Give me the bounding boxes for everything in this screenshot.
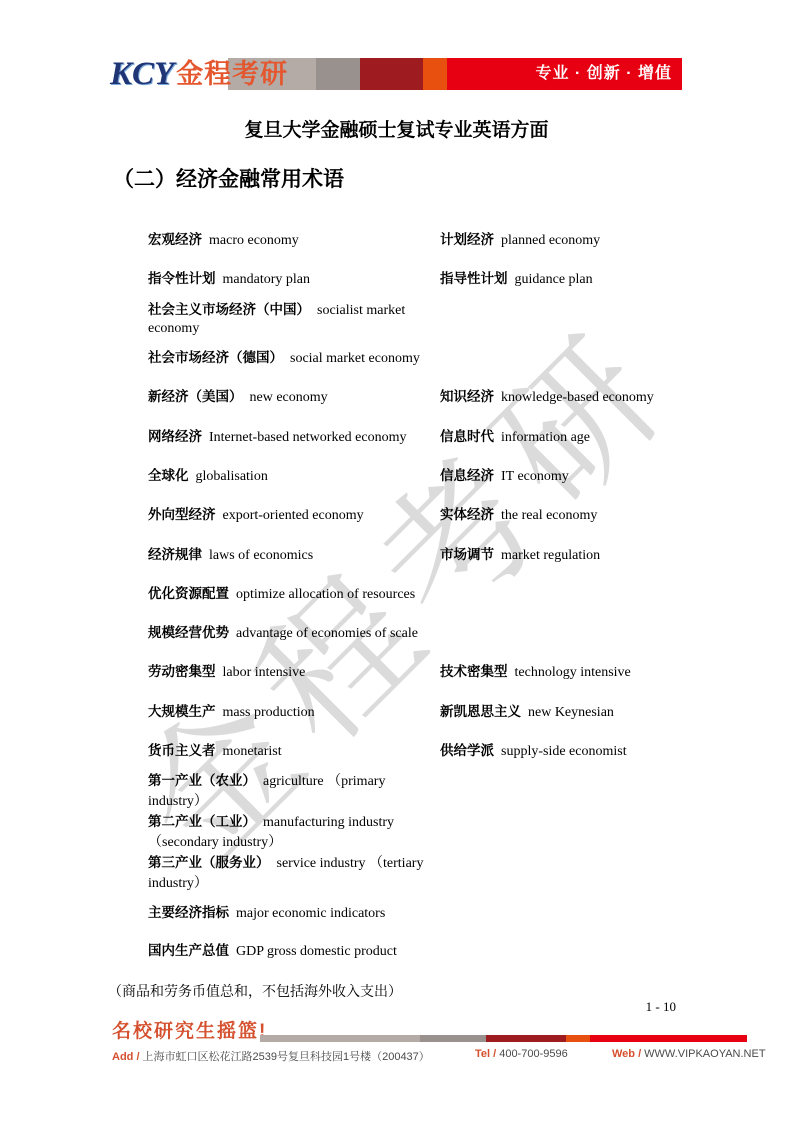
term-en: mandatory plan [223, 272, 310, 287]
term-en: new economy [250, 390, 328, 405]
term-row: 新经济（美国）new economy知识经济knowledge-based ec… [102, 376, 694, 415]
term-zh: 规模经营优势 [148, 625, 229, 640]
term-zh: 指令性计划 [148, 271, 216, 286]
bar-segment-orange [423, 58, 447, 90]
term-zh: 社会市场经济（德国） [148, 350, 283, 365]
contact-address: Add /上海市虹口区松花江路2539号复旦科技园1号楼（200437） [112, 1048, 430, 1064]
term-row: 指令性计划mandatory plan指导性计划guidance plan [102, 258, 694, 297]
bar-segment-red [590, 1035, 747, 1042]
term-en: mass production [223, 705, 315, 720]
term-en: the real economy [501, 508, 597, 523]
bar-segment-orange [566, 1035, 590, 1042]
term-pair: 第一产业（农业）agriculture （primary industry） [148, 769, 440, 810]
term-pair: 劳动密集型labor intensive [148, 660, 440, 681]
term-zh: 大规模生产 [148, 704, 216, 719]
term-pair: 网络经济Internet-based networked economy [148, 425, 440, 446]
term-en: new Keynesian [528, 705, 614, 720]
term-row: 第三产业（服务业）service industry （tertiary indu… [102, 851, 694, 892]
bar-segment-gray-dark [316, 58, 360, 90]
term-zh: 社会主义市场经济（中国） [148, 302, 310, 317]
bar-segment-dark-red [360, 58, 423, 90]
bar-segment-gray-dark [420, 1035, 486, 1042]
term-pair: 全球化globalisation [148, 464, 440, 485]
term-zh: 指导性计划 [440, 271, 508, 286]
term-zh: 第一产业（农业） [148, 773, 256, 788]
term-pair: 实体经济the real economy [440, 503, 694, 524]
contact-telephone: Tel /400-700-9596 [475, 1048, 568, 1060]
term-zh: 主要经济指标 [148, 905, 229, 920]
term-zh: 优化资源配置 [148, 586, 229, 601]
term-zh: 外向型经济 [148, 507, 216, 522]
term-pair: 第三产业（服务业）service industry （tertiary indu… [148, 851, 440, 892]
term-en: IT economy [501, 469, 569, 484]
term-row: 第一产业（农业）agriculture （primary industry） [102, 769, 694, 810]
term-pair: 宏观经济macro economy [148, 228, 440, 249]
term-row: 网络经济Internet-based networked economy信息时代… [102, 415, 694, 454]
term-en: market regulation [501, 548, 600, 563]
term-row: 宏观经济macro economy计划经济planned economy [102, 219, 694, 258]
term-pair: 规模经营优势advantage of economies of scale [148, 621, 440, 642]
footer-slogan: 名校研究生摇篮! [112, 1016, 267, 1043]
address-label: Add / [112, 1051, 140, 1063]
term-en: planned economy [501, 233, 600, 248]
term-row: 大规模生产mass production新凯恩思主义new Keynesian [102, 691, 694, 730]
address-value: 上海市虹口区松花江路2539号复旦科技园1号楼（200437） [143, 1051, 430, 1063]
term-pair: 外向型经济export-oriented economy [148, 503, 440, 524]
term-row: 劳动密集型labor intensive技术密集型technology inte… [102, 651, 694, 690]
term-zh: 宏观经济 [148, 232, 202, 247]
document-page: KCY 金程考研 专业 · 创新 · 增值 复旦大学金融硕士复试专业英语方面 （… [0, 0, 793, 1122]
term-pair: 大规模生产mass production [148, 700, 440, 721]
term-en: monetarist [223, 744, 282, 759]
term-row: 社会主义市场经济（中国）socialist market economy [102, 298, 694, 337]
page-number: 1 - 10 [646, 999, 676, 1015]
term-en: laws of economics [209, 548, 313, 563]
terms-list: 宏观经济macro economy计划经济planned economy指令性计… [102, 219, 694, 1012]
term-pair: 知识经济knowledge-based economy [440, 385, 694, 406]
term-en: supply-side economist [501, 744, 627, 759]
term-note: （商品和劳务币值总和，不包括海外收入支出） [108, 985, 402, 1000]
telephone-value: 400-700-9596 [499, 1048, 568, 1060]
telephone-label: Tel / [475, 1048, 496, 1060]
term-en: macro economy [209, 233, 299, 248]
term-en: technology intensive [515, 665, 631, 680]
term-row: 优化资源配置optimize allocation of resources [102, 573, 694, 612]
term-row: 经济规律laws of economics市场调节market regulati… [102, 533, 694, 572]
term-pair: 新经济（美国）new economy [148, 385, 440, 406]
term-zh: 新凯恩思主义 [440, 704, 521, 719]
term-row: 国内生产总值GDP gross domestic product（商品和劳务币值… [102, 931, 694, 1012]
term-zh: 市场调节 [440, 547, 494, 562]
term-en: Internet-based networked economy [209, 430, 406, 445]
term-en: globalisation [196, 469, 268, 484]
term-zh: 第三产业（服务业） [148, 855, 270, 870]
term-pair: 货币主义者monetarist [148, 739, 440, 760]
term-pair: 指令性计划mandatory plan [148, 267, 440, 288]
term-zh: 国内生产总值 [148, 943, 229, 958]
term-zh: 新经济（美国） [148, 389, 243, 404]
term-row: 外向型经济export-oriented economy实体经济the real… [102, 494, 694, 533]
term-pair: 社会主义市场经济（中国）socialist market economy [148, 298, 440, 337]
term-zh: 经济规律 [148, 547, 202, 562]
term-en: knowledge-based economy [501, 390, 654, 405]
term-zh: 第二产业（工业） [148, 814, 256, 829]
term-zh: 计划经济 [440, 232, 494, 247]
term-pair: 第二产业（工业）manufacturing industry （secondar… [148, 810, 440, 851]
term-row: 主要经济指标major economic indicators [102, 892, 694, 931]
term-zh: 信息时代 [440, 429, 494, 444]
term-en: social market economy [290, 351, 420, 366]
term-pair: 信息经济IT economy [440, 464, 694, 485]
term-zh: 技术密集型 [440, 664, 508, 679]
term-zh: 知识经济 [440, 389, 494, 404]
term-pair: 市场调节market regulation [440, 543, 694, 564]
term-row: 全球化globalisation信息经济IT economy [102, 455, 694, 494]
brand-logo: KCY 金程考研 [110, 52, 288, 96]
term-en: GDP gross domestic product [236, 944, 397, 959]
term-en: information age [501, 430, 590, 445]
term-pair: 新凯恩思主义new Keynesian [440, 700, 694, 721]
term-zh: 供给学派 [440, 743, 494, 758]
term-pair: 计划经济planned economy [440, 228, 694, 249]
term-en: advantage of economies of scale [236, 626, 418, 641]
term-row: 社会市场经济（德国）social market economy [102, 337, 694, 376]
term-pair: 供给学派supply-side economist [440, 739, 694, 760]
term-en: major economic indicators [236, 906, 385, 921]
term-zh: 信息经济 [440, 468, 494, 483]
term-en: labor intensive [223, 665, 306, 680]
term-zh: 网络经济 [148, 429, 202, 444]
term-zh: 货币主义者 [148, 743, 216, 758]
term-row: 货币主义者monetarist供给学派supply-side economist [102, 730, 694, 769]
term-pair: 信息时代information age [440, 425, 694, 446]
term-pair: 技术密集型technology intensive [440, 660, 694, 681]
website-label: Web / [612, 1048, 641, 1060]
term-en: optimize allocation of resources [236, 587, 415, 602]
page-title: 复旦大学金融硕士复试专业英语方面 [0, 115, 793, 142]
footer-color-bars [260, 1035, 747, 1042]
brand-logo-text: 金程考研 [176, 61, 288, 88]
term-row: 第二产业（工业）manufacturing industry （secondar… [102, 810, 694, 851]
footer-contact-line: Add /上海市虹口区松花江路2539号复旦科技园1号楼（200437） Tel… [0, 1048, 793, 1064]
website-value: WWW.VIPKAOYAN.NET [644, 1048, 765, 1060]
term-row: 规模经营优势advantage of economies of scale [102, 612, 694, 651]
term-zh: 实体经济 [440, 507, 494, 522]
term-pair: 优化资源配置optimize allocation of resources [148, 582, 440, 603]
header-banner: 专业 · 创新 · 增值 [447, 58, 682, 90]
term-pair: 主要经济指标major economic indicators [148, 901, 440, 922]
term-en: guidance plan [515, 272, 593, 287]
bar-segment-dark-red [486, 1035, 566, 1042]
section-heading: （二）经济金融常用术语 [113, 163, 344, 193]
term-zh: 劳动密集型 [148, 664, 216, 679]
term-pair: 经济规律laws of economics [148, 543, 440, 564]
contact-website: Web /WWW.VIPKAOYAN.NET [612, 1048, 766, 1060]
bar-segment-gray-light [260, 1035, 420, 1042]
header-color-bars: 专业 · 创新 · 增值 [228, 58, 682, 90]
term-en: export-oriented economy [223, 508, 364, 523]
term-pair: 社会市场经济（德国）social market economy [148, 346, 440, 367]
term-pair: 指导性计划guidance plan [440, 267, 694, 288]
term-pair: 国内生产总值GDP gross domestic product（商品和劳务币值… [102, 942, 402, 999]
kcy-monogram-icon: KCY [110, 58, 174, 91]
term-zh: 全球化 [148, 468, 189, 483]
